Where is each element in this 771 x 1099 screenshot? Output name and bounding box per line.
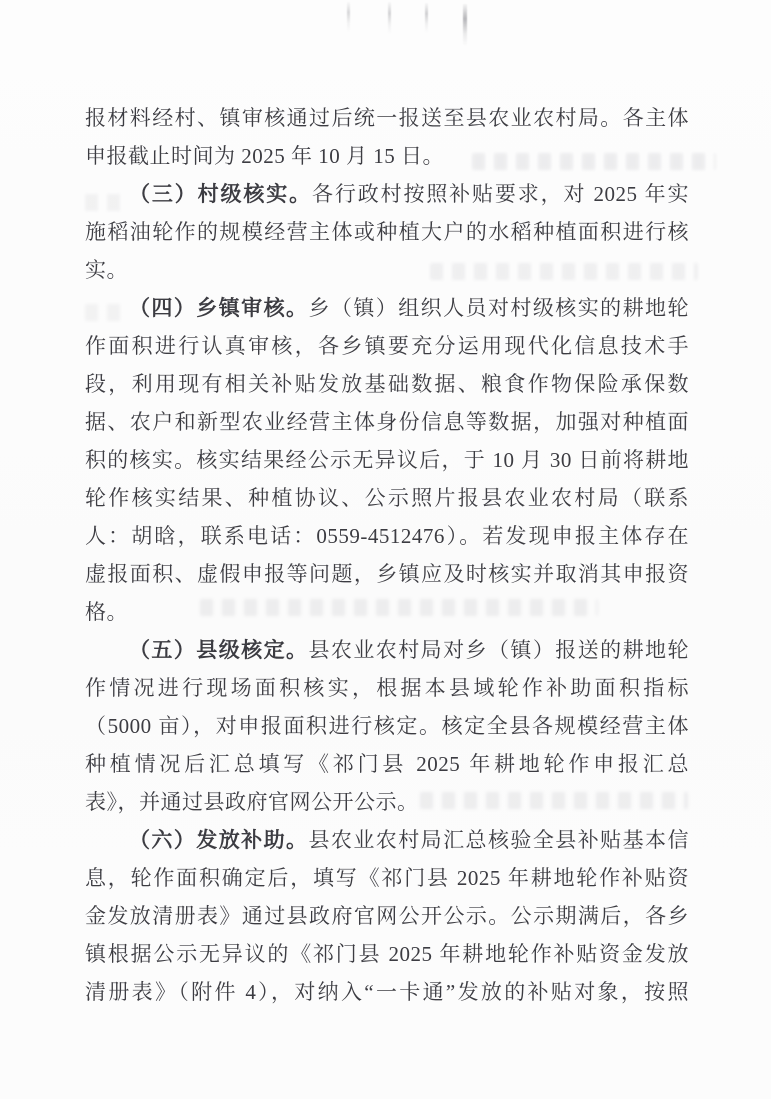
text-line: 镇根据公示无异议的《祁门县 2025 年耕地轮作补贴资金发放	[85, 935, 689, 973]
text-line: 息，轮作面积确定后，填写《祁门县 2025 年耕地轮作补贴资	[85, 859, 689, 897]
text-line: 人：胡晗，联系电话：0559-4512476）。若发现申报主体存在	[85, 517, 689, 555]
text-line: 种植情况后汇总填写《祁门县 2025 年耕地轮作申报汇总	[85, 745, 689, 783]
text-line: （六）发放补助。县农业农村局汇总核验全县补贴基本信	[85, 821, 689, 859]
text-line: 报材料经村、镇审核通过后统一报送至县农业农村局。各主体	[85, 99, 689, 137]
scan-streak-artifact	[425, 3, 428, 33]
text-line: 申报截止时间为 2025 年 10 月 15 日。	[85, 137, 689, 175]
text-line: 施稻油轮作的规模经营主体或种植大户的水稻种植面积进行核	[85, 213, 689, 251]
document-text-block: 报材料经村、镇审核通过后统一报送至县农业农村局。各主体 申报截止时间为 2025…	[85, 99, 689, 1011]
text-line: 清册表》（附件 4），对纳入“一卡通”发放的补贴对象，按照	[85, 973, 689, 1011]
section-heading-county-approval: （五）县级核定。	[129, 638, 309, 662]
text-line: 积的核实。核实结果经公示无异议后，于 10 月 30 日前将耕地	[85, 441, 689, 479]
text-line: 据、农户和新型农业经营主体身份信息等数据，加强对种植面	[85, 403, 689, 441]
text-line: 格。	[85, 593, 689, 631]
scan-streak-artifact	[347, 2, 350, 32]
text-line: （三）村级核实。各行政村按照补贴要求，对 2025 年实	[85, 175, 689, 213]
text-line: 轮作核实结果、种植协议、公示照片报县农业农村局（联系	[85, 479, 689, 517]
section-heading-village-verification: （三）村级核实。	[129, 182, 312, 206]
text-line: 金发放清册表》通过县政府官网公开公示。公示期满后，各乡	[85, 897, 689, 935]
text-line: 作情况进行现场面积核实，根据本县域轮作补助面积指标	[85, 669, 689, 707]
text-line: （四）乡镇审核。乡（镇）组织人员对村级核实的耕地轮	[85, 289, 689, 327]
text-line: 作面积进行认真审核，各乡镇要充分运用现代化信息技术手	[85, 327, 689, 365]
text-line: 段，利用现有相关补贴发放基础数据、粮食作物保险承保数	[85, 365, 689, 403]
scanned-document-page: 报材料经村、镇审核通过后统一报送至县农业农村局。各主体 申报截止时间为 2025…	[0, 0, 771, 1099]
text-line: （五）县级核定。县农业农村局对乡（镇）报送的耕地轮	[85, 631, 689, 669]
text-line: 实。	[85, 251, 689, 289]
scan-streak-artifact	[463, 4, 467, 46]
section-heading-subsidy-distribution: （六）发放补助。	[129, 828, 309, 852]
text-line: （5000 亩），对申报面积进行核定。核定全县各规模经营主体	[85, 707, 689, 745]
scan-streak-artifact	[388, 2, 391, 34]
text-line: 虚报面积、虚假申报等问题，乡镇应及时核实并取消其申报资	[85, 555, 689, 593]
section-heading-township-review: （四）乡镇审核。	[129, 296, 309, 320]
text-line: 表》，并通过县政府官网公开公示。	[85, 783, 689, 821]
